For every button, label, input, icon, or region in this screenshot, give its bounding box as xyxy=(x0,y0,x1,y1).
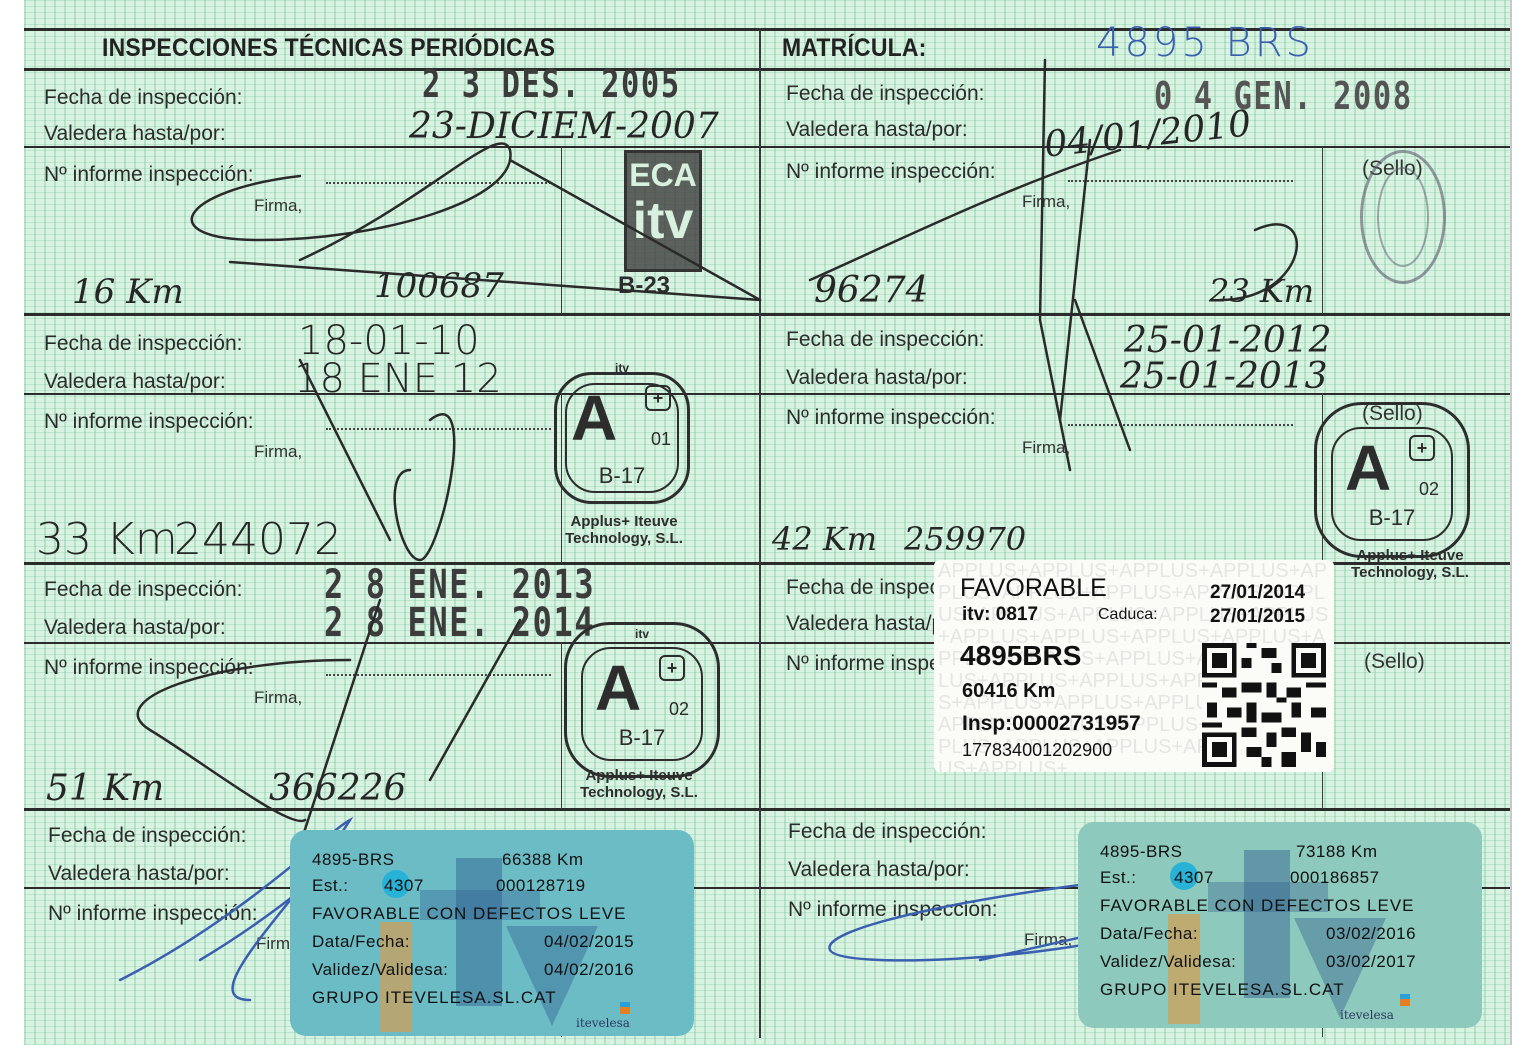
sticker-plate: 4895-BRS xyxy=(1100,842,1182,862)
sticker-fecha: 04/02/2015 xyxy=(544,932,634,952)
valedera-label: Valedera hasta/por: xyxy=(786,366,968,390)
sticker-result: FAVORABLE CON DEFECTOS LEVE xyxy=(1100,896,1415,916)
informe-dotted-line xyxy=(326,182,551,184)
odometer-handwritten: 100687 xyxy=(374,266,504,306)
informe-label: Nº informe inspección: xyxy=(788,898,998,922)
sello-label: (Sello) xyxy=(1364,650,1425,674)
informe-dotted-line xyxy=(326,674,551,676)
sticker-fecha-label: Data/Fecha: xyxy=(1100,924,1198,944)
firma-label: Firma, xyxy=(1022,192,1070,212)
informe-dotted-line xyxy=(1068,180,1293,182)
divider xyxy=(24,808,1510,811)
sticker-itv: itv: 0817 xyxy=(962,604,1038,626)
informe-label: Nº informe inspección: xyxy=(48,902,258,926)
sticker-insp: Insp:00002731957 xyxy=(962,712,1141,736)
divider xyxy=(24,146,1510,148)
qr-code xyxy=(1196,643,1332,767)
informe-label: Nº informe inspección: xyxy=(44,163,254,187)
stamp-divider xyxy=(561,146,562,314)
sticker-ref: 000186857 xyxy=(1290,868,1380,888)
sticker-ref: 000128719 xyxy=(496,876,586,896)
firma-label: Firma, xyxy=(254,196,302,216)
informe-label: Nº informe inspección: xyxy=(786,160,996,184)
fecha-label: Fecha de inspección: xyxy=(786,82,984,106)
circular-stamp xyxy=(1360,150,1446,284)
stamp-line2: itv xyxy=(627,195,699,247)
sticker-validez: 04/02/2016 xyxy=(544,960,634,980)
sticker-validez: 03/02/2017 xyxy=(1326,952,1416,972)
stamp-company: Applus+ Iteuve Technology, S.L. xyxy=(534,514,714,547)
odometer-handwritten: 96274 xyxy=(814,270,929,311)
sticker-plate: 4895-BRS xyxy=(312,850,394,870)
divider xyxy=(24,68,1510,71)
plate-label: MATRÍCULA: xyxy=(782,34,926,63)
sticker-est: 4307 xyxy=(384,876,424,896)
itevelesa-logo-icon xyxy=(1400,994,1410,1006)
fecha-label: Fecha de inspección: xyxy=(44,86,242,110)
sticker-caduca-label: Caduca: xyxy=(1098,606,1158,624)
stamp-code: B-23 xyxy=(618,272,670,300)
fecha-label: Fecha de inspección: xyxy=(44,332,242,356)
column-divider xyxy=(759,28,761,1038)
itevelesa-sticker-2016: 4895-BRS 73188 Km Est.: 4307 000186857 F… xyxy=(1078,822,1482,1028)
eca-itv-stamp: ECA itv xyxy=(624,150,702,272)
stamp-company: Applus+ Iteuve Technology, S.L. xyxy=(1330,548,1490,581)
sticker-km: 60416 Km xyxy=(962,680,1055,703)
km-note: 16 Km xyxy=(72,272,184,312)
fecha-handwritten: 25-01-2012 xyxy=(1124,320,1332,361)
document-title: INSPECCIONES TÉCNICAS PERIÓDICAS xyxy=(102,34,555,63)
sticker-validez-label: Validez/Validesa: xyxy=(1100,952,1236,972)
valedera-label: Valedera hasta/por: xyxy=(786,118,968,142)
aplus-itv-stamp: A + 02 B-17 xyxy=(1314,402,1470,558)
sticker-caduca: 27/01/2015 xyxy=(1210,606,1305,628)
firma-label: Firma, xyxy=(254,442,302,462)
valedera-label: Valedera hasta/por: xyxy=(44,122,226,146)
stamp-line1: ECA xyxy=(627,159,699,191)
informe-label: Nº informe inspección: xyxy=(44,410,254,434)
sticker-est-label: Est.: xyxy=(1100,868,1137,888)
sticker-km: 66388 Km xyxy=(502,850,584,870)
firma-label: Firma, xyxy=(254,688,302,708)
informe-label: Nº informe inspección: xyxy=(786,406,996,430)
informe-label: Nº informe inspección: xyxy=(44,656,254,680)
valedera-stamp: 2 8 ENE. 2014 xyxy=(324,600,595,646)
odometer-handwritten: 244072 xyxy=(174,514,342,565)
firma-label: Firma, xyxy=(1022,438,1070,458)
valedera-label: Valedera hasta/por: xyxy=(788,858,970,882)
odometer-handwritten: 366226 xyxy=(269,768,406,809)
sticker-km: 73188 Km xyxy=(1296,842,1378,862)
sticker-result: FAVORABLE xyxy=(960,574,1107,603)
sticker-company: GRUPO ITEVELESA.SL.CAT xyxy=(1100,980,1345,1000)
sticker-brand: itevelesa xyxy=(1340,1008,1394,1022)
sticker-validez-label: Validez/Validesa: xyxy=(312,960,448,980)
sticker-date: 27/01/2014 xyxy=(1210,582,1305,604)
valedera-label: Valedera hasta/por: xyxy=(44,370,226,394)
applus-favorable-sticker: APPLUS+APPLUS+APPLUS+APPLUS+APPLUS+APPLU… xyxy=(934,560,1334,772)
sticker-brand: itevelesa xyxy=(576,1016,630,1030)
itevelesa-sticker-2015: 4895-BRS 66388 Km Est.: 4307 000128719 F… xyxy=(290,830,694,1036)
valedera-label: Valedera hasta/por: xyxy=(48,862,230,886)
fecha-label: Fecha de inspección: xyxy=(788,820,986,844)
sticker-code: 177834001202900 xyxy=(962,740,1112,761)
divider xyxy=(24,313,1510,316)
stamp-divider xyxy=(1322,146,1323,314)
km-note: 51 Km xyxy=(46,768,164,809)
valedera-handwritten: 23-DICIEM-2007 xyxy=(409,106,719,147)
fecha-label: Fecha de inspección: xyxy=(48,824,246,848)
itevelesa-logo-icon xyxy=(620,1002,630,1014)
km-note: 23 Km xyxy=(1209,272,1314,310)
aplus-itv-stamp: itv A + 02 B-17 xyxy=(564,622,720,778)
km-note: 42 Km xyxy=(772,520,877,558)
sticker-fecha: 03/02/2016 xyxy=(1326,924,1416,944)
valedera-handwritten: 25-01-2013 xyxy=(1120,356,1328,397)
plate-handwritten: 4895 BRS xyxy=(1096,20,1314,66)
aplus-itv-stamp: itv A + 01 B-17 xyxy=(554,372,690,504)
sticker-est: 4307 xyxy=(1174,868,1214,888)
odometer-handwritten: 259970 xyxy=(904,520,1026,558)
informe-dotted-line xyxy=(326,428,551,430)
sticker-est-label: Est.: xyxy=(312,876,349,896)
fecha-label: Fecha de inspección: xyxy=(786,328,984,352)
firma-label: Firma, xyxy=(1024,930,1072,950)
fecha-stamp: 2 3 DES. 2005 xyxy=(422,62,681,106)
valedera-handwritten: 18 ENE 12 xyxy=(294,356,502,402)
fecha-label: Fecha de inspección: xyxy=(44,578,242,602)
valedera-handwritten: 04/01/2010 xyxy=(1042,103,1253,165)
sticker-plate: 4895BRS xyxy=(960,640,1081,672)
sticker-result: FAVORABLE CON DEFECTOS LEVE xyxy=(312,904,627,924)
km-note: 33 Km xyxy=(36,514,178,565)
informe-dotted-line xyxy=(1068,424,1293,426)
sticker-company: GRUPO ITEVELESA.SL.CAT xyxy=(312,988,557,1008)
sticker-fecha-label: Data/Fecha: xyxy=(312,932,410,952)
valedera-label: Valedera hasta/por: xyxy=(44,616,226,640)
stamp-company: Applus+ Iteuve Technology, S.L. xyxy=(544,768,734,801)
